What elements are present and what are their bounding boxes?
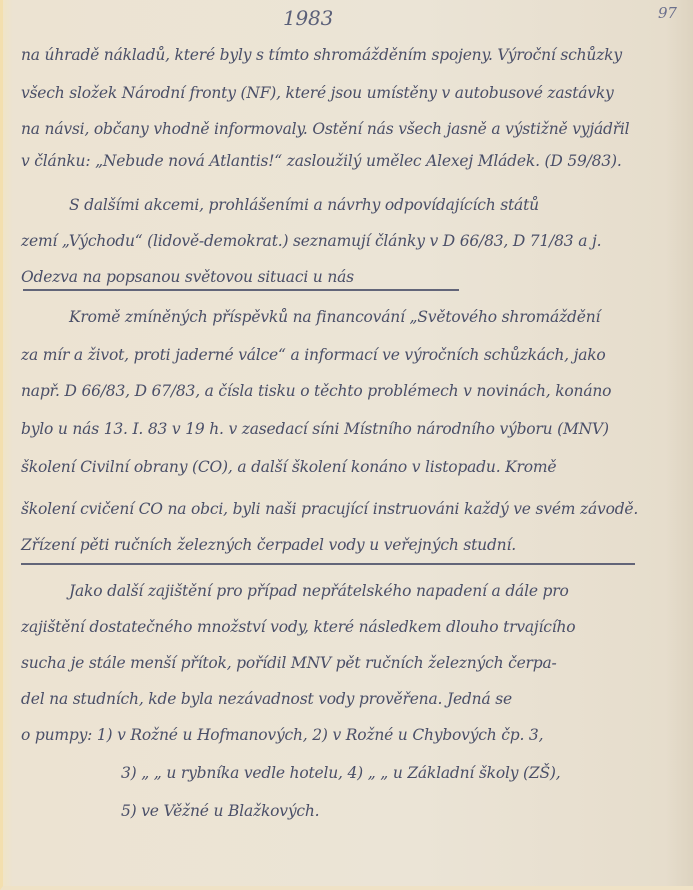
text-line: sucha je stále menší přítok, pořídil MNV…	[21, 654, 557, 672]
section-heading: Odezva na popsanou světovou situaci u ná…	[21, 268, 354, 290]
text-line: na návsi, občany vhodně informovaly. Ost…	[21, 120, 629, 138]
section-heading: Zřízení pěti ručních železných čerpadel …	[21, 536, 516, 558]
text-line: Jako další zajištění pro případ nepřátel…	[69, 582, 569, 600]
text-line: např. D 66/83, D 67/83, a čísla tisku o …	[21, 382, 611, 400]
text-line: v článku: „Nebude nová Atlantis!“ zaslou…	[21, 152, 622, 170]
page-year: 1983	[283, 6, 333, 30]
text-line: všech složek Národní fronty (NF), které …	[21, 84, 614, 102]
text-line: o pumpy: 1) v Rožné u Hofmanových, 2) v …	[21, 726, 543, 744]
heading-underline	[23, 289, 459, 291]
text-line: S dalšími akcemi, prohlášeními a návrhy …	[69, 196, 539, 214]
list-item: 5) ve Věžné u Blažkových.	[121, 802, 319, 820]
text-line: zemí „Východu“ (lidově-demokrat.) seznam…	[21, 232, 601, 250]
text-line: del na studních, kde byla nezávadnost vo…	[21, 690, 512, 708]
page-number: 97	[658, 4, 677, 22]
text-line: Kromě zmíněných příspěvků na financování…	[69, 308, 600, 326]
scanned-chronicle-page: 1983 97 na úhradě nákladů, které byly s …	[0, 0, 693, 890]
text-line: bylo u nás 13. I. 83 v 19 h. v zasedací …	[21, 420, 609, 438]
text-line: školení cvičení CO na obci, byli naši pr…	[21, 500, 638, 518]
text-line: na úhradě nákladů, které byly s tímto sh…	[21, 46, 622, 64]
list-item: 3) „ „ u rybníka vedle hotelu, 4) „ „ u …	[121, 764, 560, 782]
text-line: zajištění dostatečného množství vody, kt…	[21, 618, 575, 636]
heading-underline	[21, 563, 635, 565]
text-line: za mír a život, proti jaderné válce“ a i…	[21, 346, 606, 364]
text-line: školení Civilní obrany (CO), a další ško…	[21, 458, 556, 476]
